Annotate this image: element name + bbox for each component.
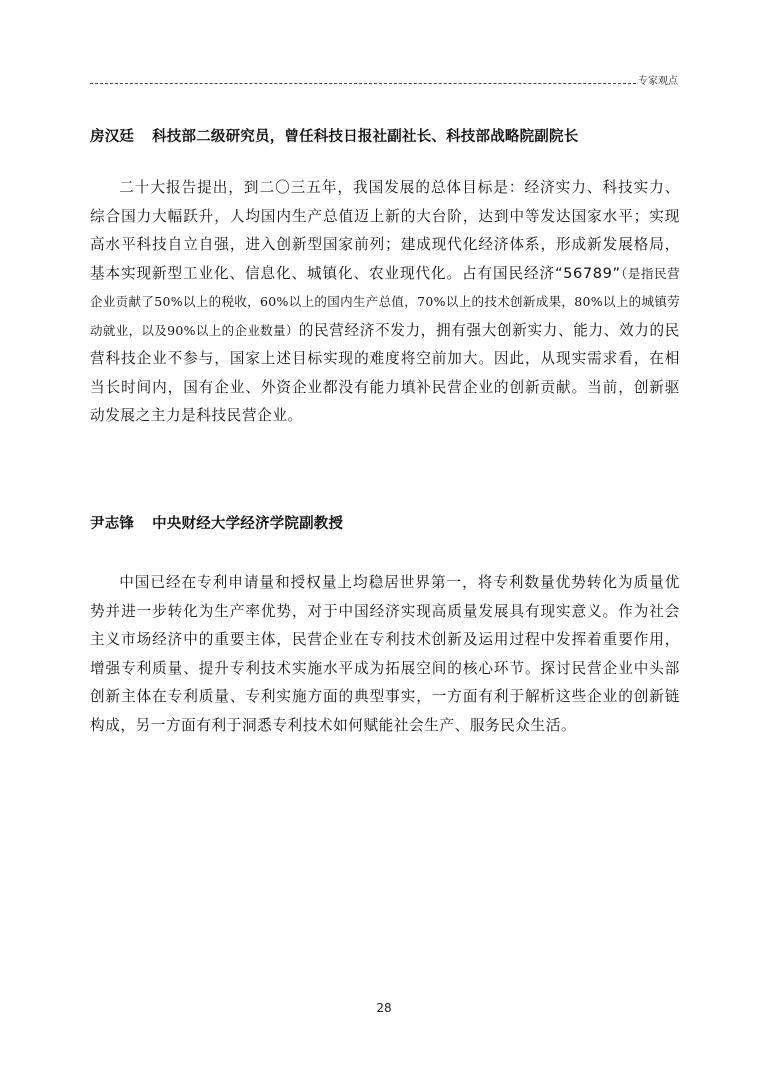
section-label: 专家观点 bbox=[638, 75, 678, 89]
expert-paragraph-1: 二十大报告提出，到二〇三五年，我国发展的总体目标是：经济实力、科技实力、综合国力… bbox=[90, 174, 680, 431]
author-name: 尹志锋 bbox=[90, 516, 134, 532]
header-dashed-rule bbox=[90, 83, 636, 84]
author-heading-1: 房汉廷科技部二级研究员，曾任科技日报社副社长、科技部战略院副院长 bbox=[90, 125, 578, 146]
page-number: 28 bbox=[0, 1001, 768, 1015]
author-title: 科技部二级研究员，曾任科技日报社副社长、科技部战略院副院长 bbox=[152, 129, 578, 145]
author-title: 中央财经大学经济学院副教授 bbox=[152, 516, 343, 532]
author-name: 房汉廷 bbox=[90, 129, 134, 145]
paragraph-text: 二十大报告提出，到二〇三五年，我国发展的总体目标是：经济实力、科技实力、综合国力… bbox=[90, 179, 680, 282]
expert-paragraph-2: 中国已经在专利申请量和授权量上均稳居世界第一，将专利数量优势转化为质量优势并进一… bbox=[90, 569, 680, 740]
running-header: 专家观点 bbox=[90, 73, 678, 89]
author-heading-2: 尹志锋中央财经大学经济学院副教授 bbox=[90, 512, 343, 533]
